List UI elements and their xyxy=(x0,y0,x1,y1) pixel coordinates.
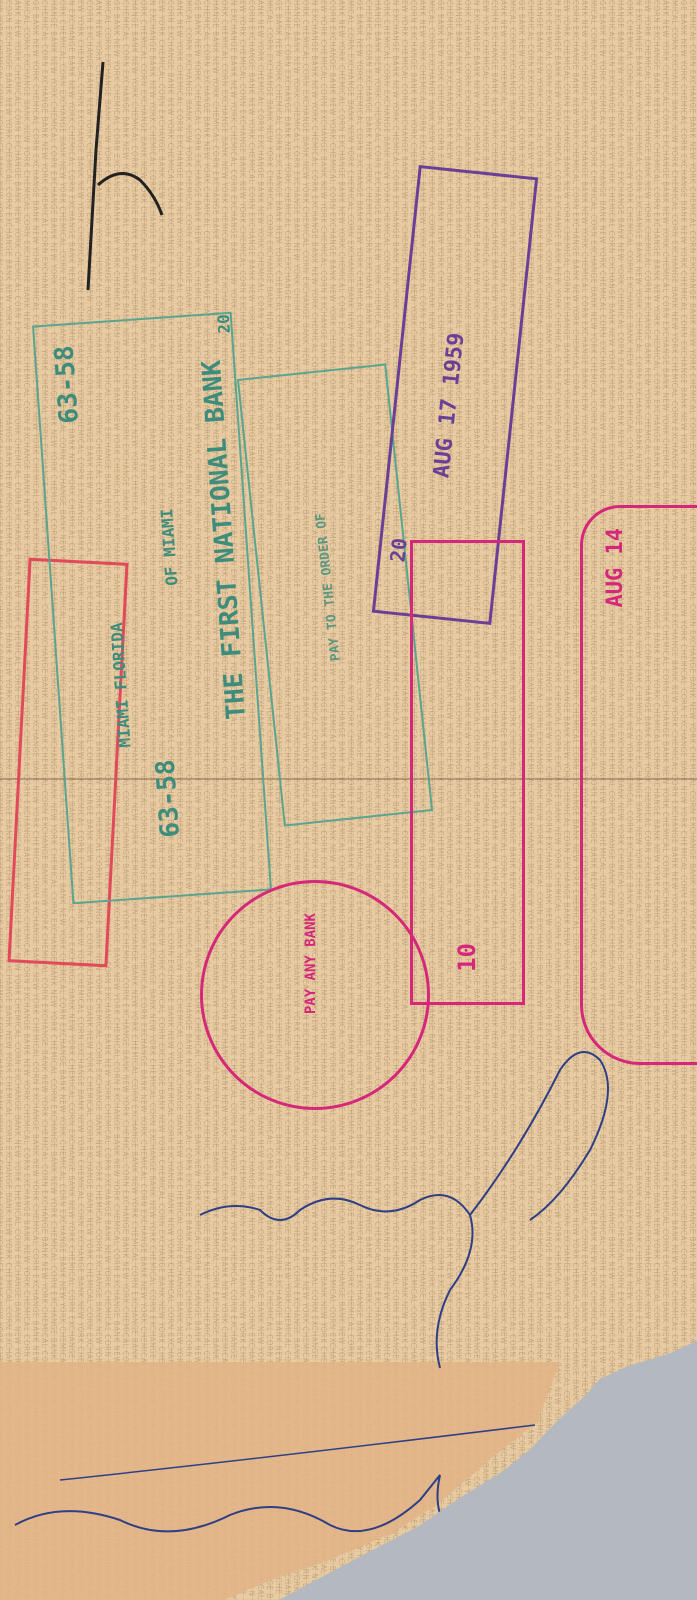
pen-mark-h xyxy=(88,62,162,290)
handwriting-layer xyxy=(0,0,697,1600)
strip-underline xyxy=(60,1425,535,1480)
check-back-paper: CHEMICAL CORN EXCHANGE BANK NEW YORK CHE… xyxy=(0,0,697,1600)
